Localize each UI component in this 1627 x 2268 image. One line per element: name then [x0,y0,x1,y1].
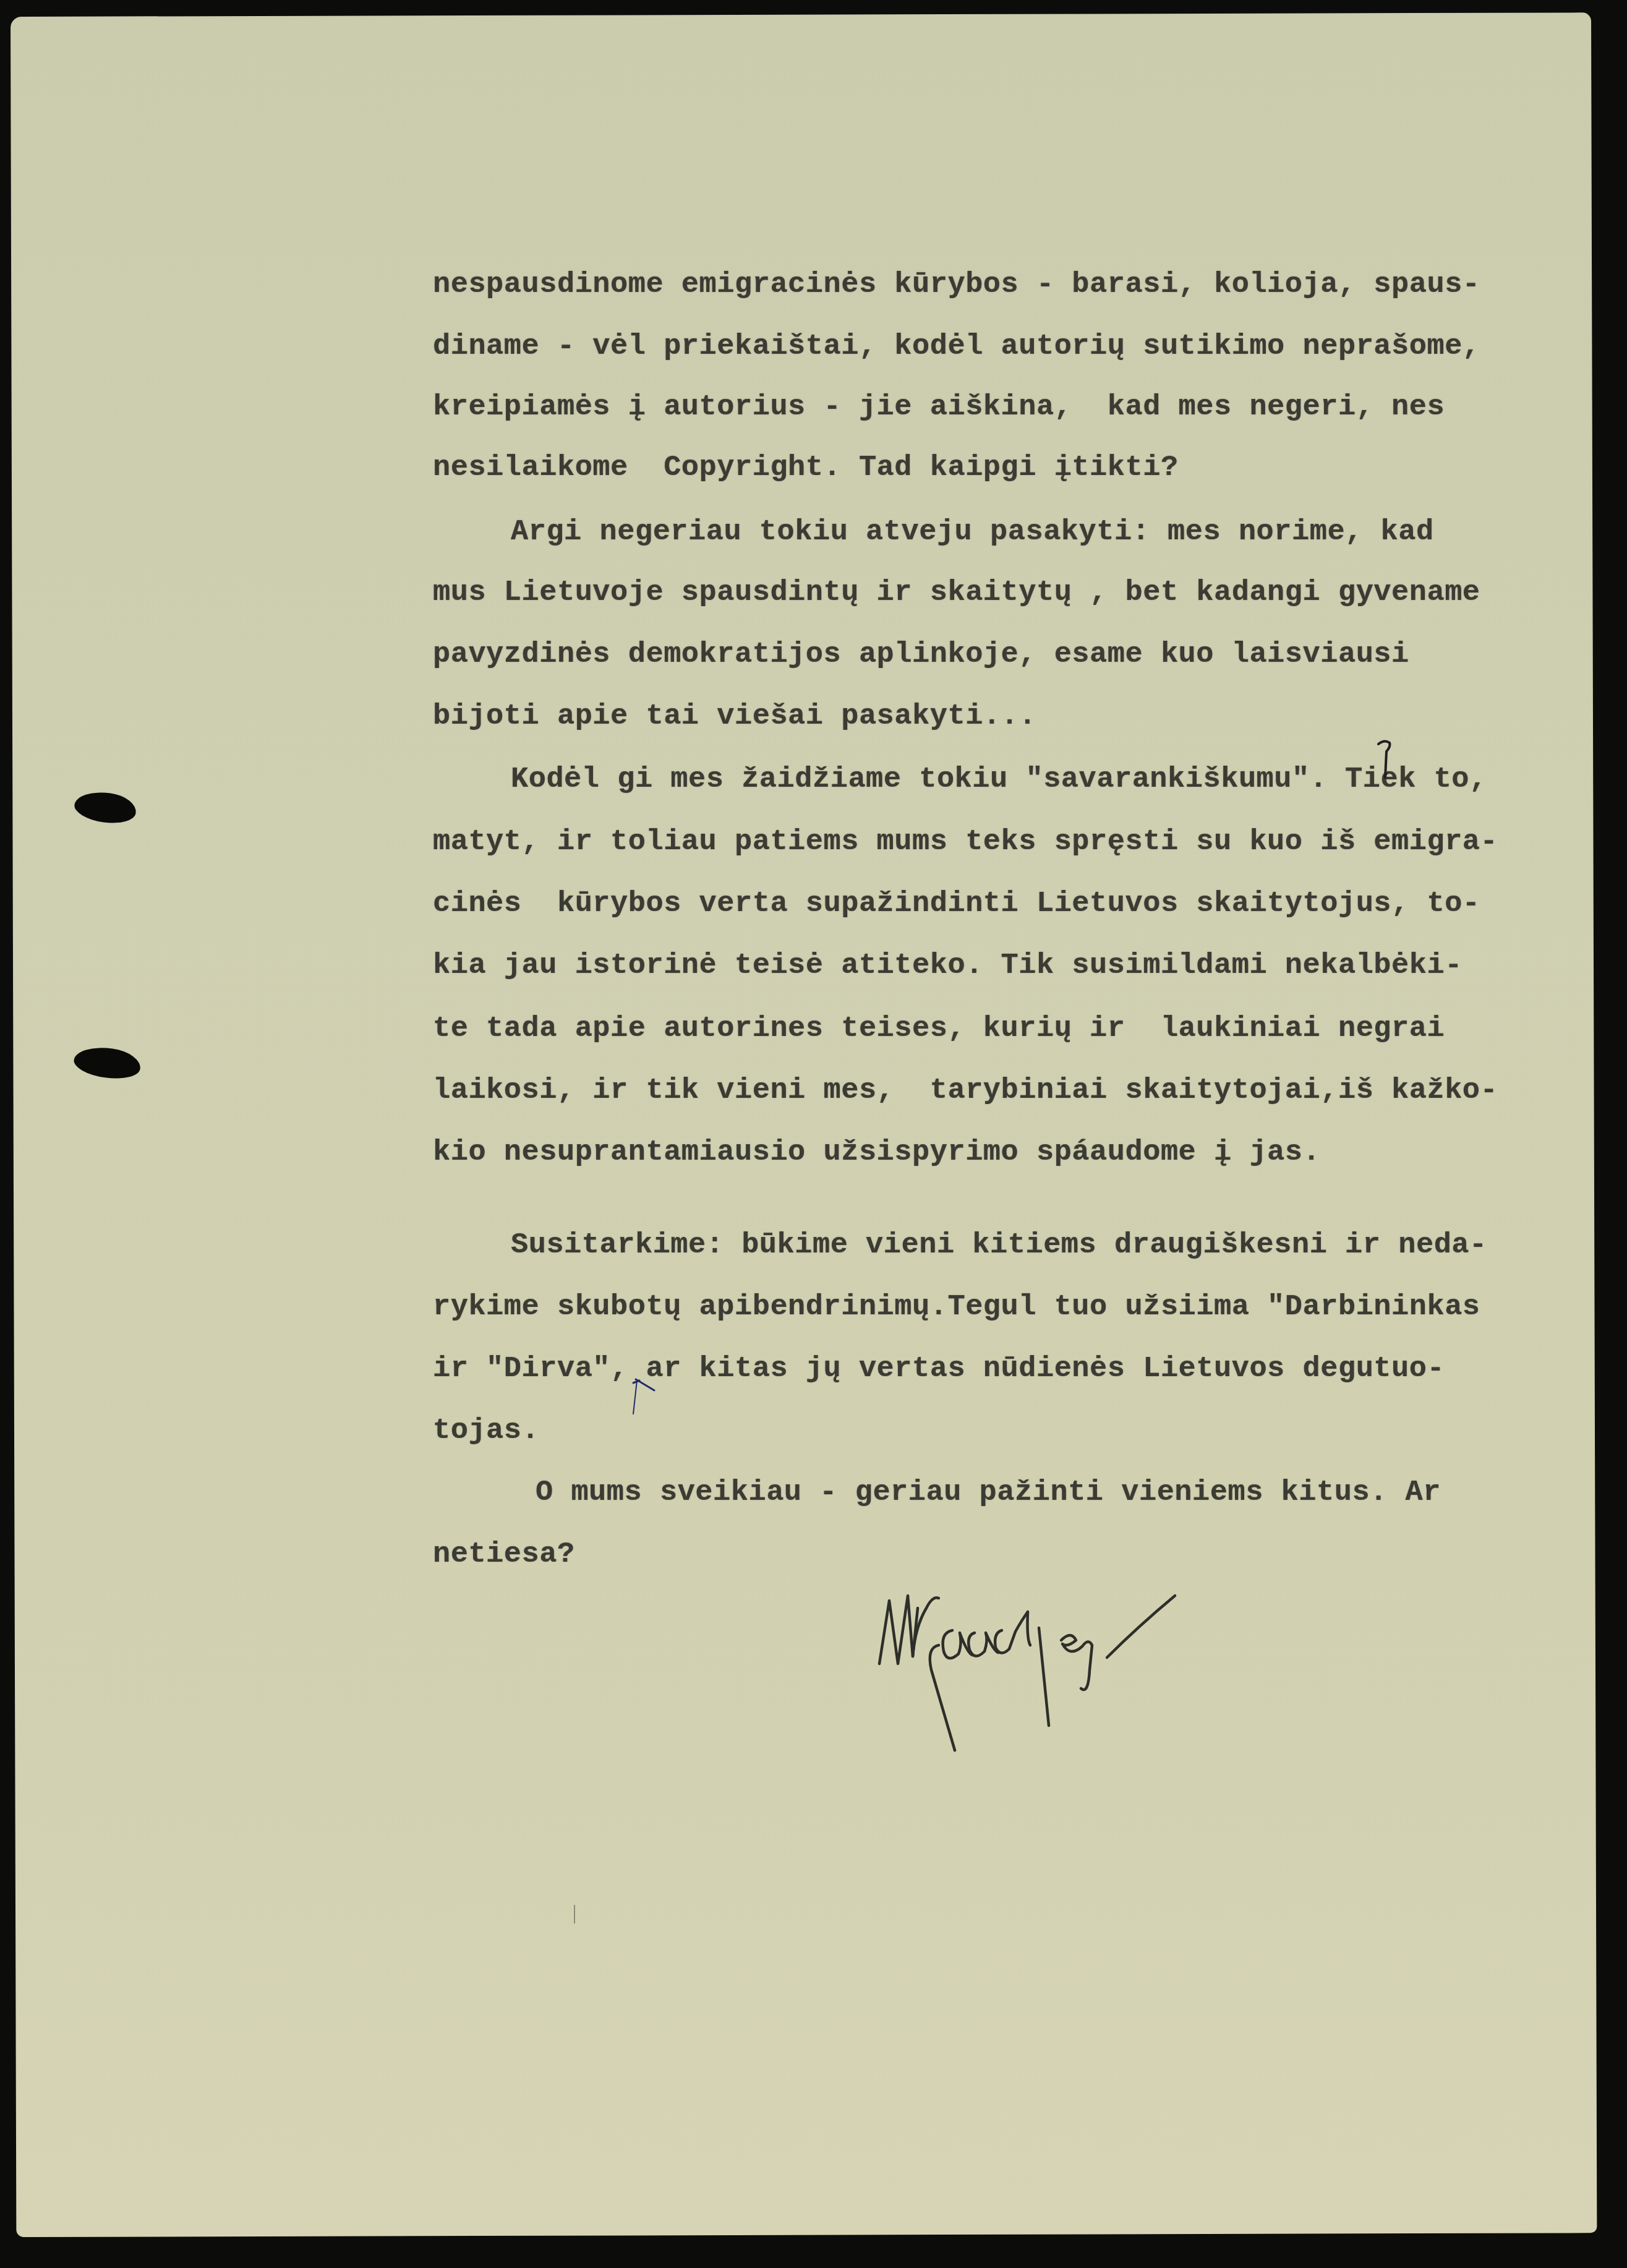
text-line: tojas. [433,1416,539,1445]
text-line: nesilaikome Copyright. Tad kaipgi įtikti… [433,453,1179,482]
handwritten-question-mark [1376,739,1394,782]
text-line: kreipiamės į autorius - jie aiškina, kad… [433,393,1445,422]
text-line: pavyzdinės demokratijos aplinkoje, esame… [433,640,1409,669]
insert-caret-mark [630,1378,660,1415]
text-line: bijoti apie tai viešai pasakyti... [433,702,1036,731]
text-line: Kodėl gi mes žaidžiame tokiu "savarankiš… [511,765,1487,794]
signature [853,1571,1323,1769]
text-line: ir "Dirva", ar kitas jų vertas nūdienės … [433,1354,1445,1384]
text-line: netiesa? [433,1540,575,1569]
text-line: nespausdinome emigracinės kūrybos - bara… [433,270,1480,299]
text-line: diname - vėl priekaištai, kodėl autorių … [433,332,1480,361]
text-line: kio nesuprantamiausio užsispyrimo spáaud… [433,1138,1320,1167]
text-line: O mums sveikiau - geriau pažinti vieniem… [536,1478,1441,1507]
stray-mark [574,1905,575,1924]
punch-hole-top [73,789,139,826]
text-line: Susitarkime: būkime vieni kitiems draugi… [511,1231,1487,1260]
text-line: laikosi, ir tik vieni mes, tarybiniai sk… [433,1076,1498,1105]
text-line: Argi negeriau tokiu atveju pasakyti: mes… [511,518,1434,547]
text-line: matyt, ir toliau patiems mums teks spręs… [433,828,1498,857]
punch-hole-bottom [72,1043,143,1082]
text-line: rykime skubotų apibendrinimų.Tegul tuo u… [433,1293,1480,1322]
text-line: te tada apie autorines teises, kurių ir … [433,1014,1445,1043]
text-line: kia jau istorinė teisė atiteko. Tik susi… [433,951,1463,980]
text-line: mus Lietuvoje spausdintų ir skaitytų , b… [433,578,1480,607]
text-line: cinės kūrybos verta supažindinti Lietuvo… [433,889,1480,918]
